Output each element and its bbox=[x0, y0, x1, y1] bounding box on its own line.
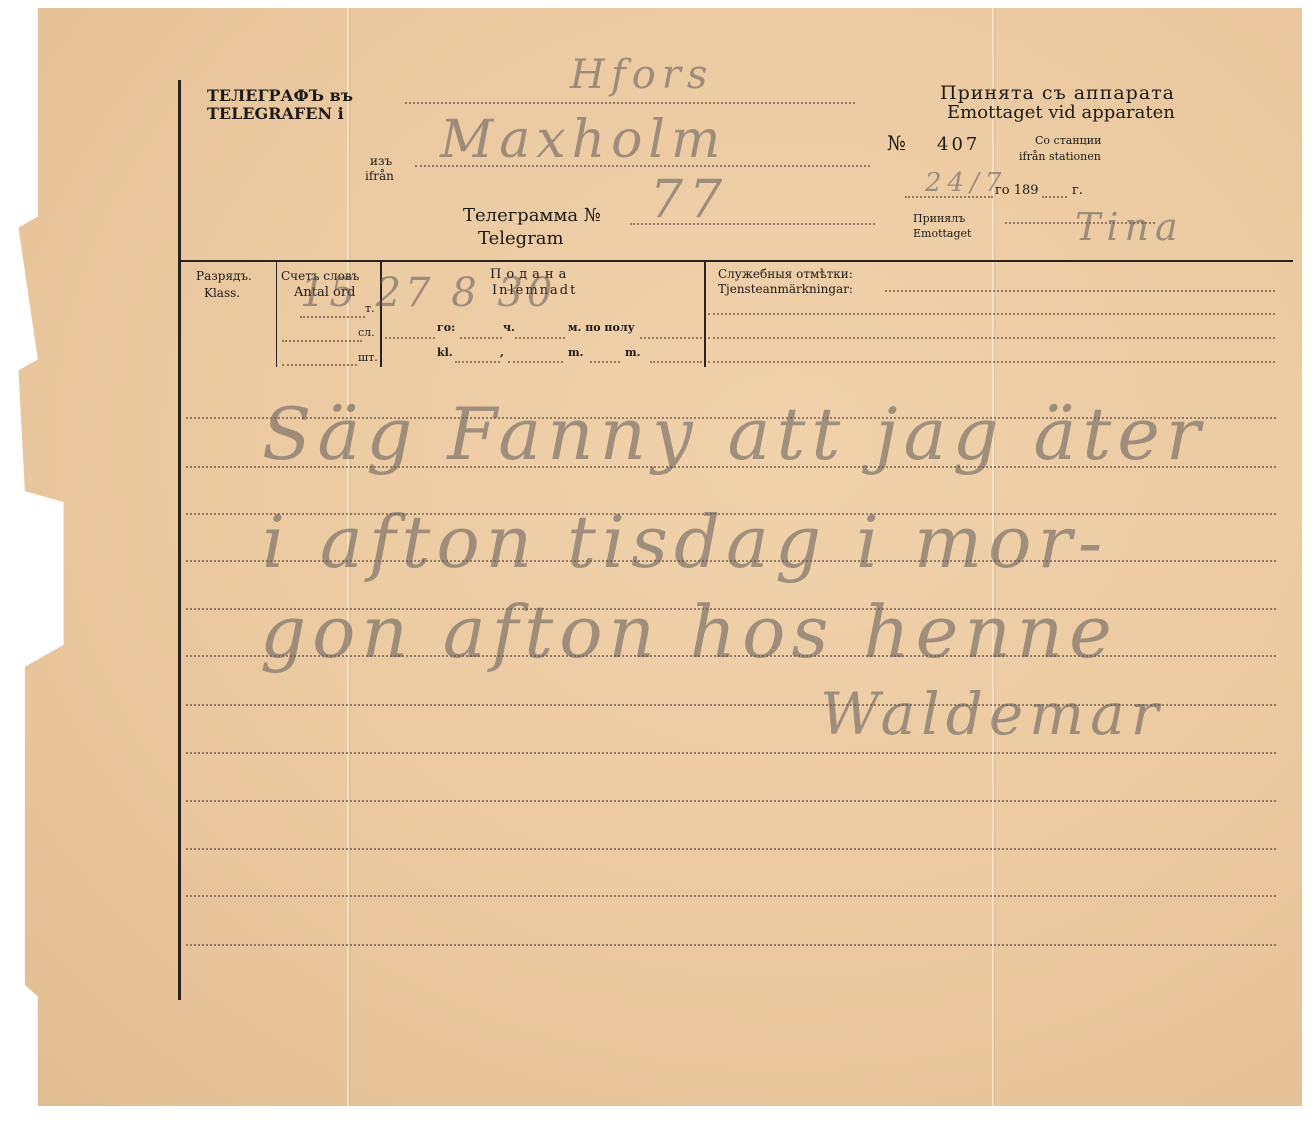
message-line bbox=[186, 752, 1276, 754]
word-count-sht-label: шт. bbox=[358, 352, 378, 364]
from-label-sv: ifrån bbox=[365, 170, 394, 183]
message-body-line-1: Säg Fanny att jag äter bbox=[262, 392, 1206, 476]
service-notes-line bbox=[708, 337, 1275, 339]
from-station-label-ru: Со станции bbox=[1035, 135, 1101, 147]
message-line bbox=[186, 848, 1276, 850]
submitted-day-label: го: bbox=[437, 322, 455, 334]
message-body-line-3: gon afton hos henne bbox=[260, 590, 1118, 674]
signature: Waldemar bbox=[820, 680, 1164, 748]
submitted-day-field bbox=[385, 337, 435, 339]
left-margin-rule bbox=[178, 80, 181, 1000]
submitted-minute-label: м. по полу bbox=[568, 322, 635, 334]
service-notes-line bbox=[885, 290, 1275, 292]
submitted-min-field bbox=[508, 361, 563, 363]
received-apparatus-label-ru: Принята съ аппарата bbox=[940, 84, 1175, 104]
received-number: 407 bbox=[937, 136, 980, 155]
submitted-m-label-2: m. bbox=[625, 347, 640, 359]
telegraph-office-label-ru: ТЕЛЕГРАФЪ въ bbox=[207, 88, 353, 105]
received-apparatus-label-sv: Emottaget vid apparaten bbox=[947, 104, 1175, 123]
message-line bbox=[186, 944, 1276, 946]
submitted-hour-label: ч. bbox=[503, 322, 515, 334]
class-label-sv: Klass. bbox=[204, 287, 240, 300]
handwritten-telegram-number: 77 bbox=[650, 170, 728, 230]
submitted-minute-field bbox=[515, 337, 565, 339]
message-line bbox=[186, 800, 1276, 802]
number-sign: № bbox=[887, 133, 906, 154]
submitted-tail-field bbox=[650, 361, 702, 363]
handwritten-submitted-values: 15 27 8 30 bbox=[300, 270, 556, 316]
word-count-sht-field bbox=[282, 364, 357, 366]
service-notes-line bbox=[708, 313, 1275, 315]
telegram-number-label-ru: Телеграмма № bbox=[463, 207, 601, 226]
handwritten-received-by: Tina bbox=[1075, 205, 1184, 249]
handwritten-destination: Hfors bbox=[570, 52, 713, 98]
accepted-by-label-ru: Принялъ bbox=[913, 213, 965, 225]
service-notes-left-rule bbox=[704, 262, 706, 367]
from-station-label-sv: ifrån stationen bbox=[1019, 151, 1101, 163]
telegraph-office-label-sv: TELEGRAFEN i bbox=[207, 106, 344, 123]
telegraph-office-field bbox=[405, 102, 855, 104]
word-count-sl-label: сл. bbox=[358, 327, 375, 339]
from-label-ru: изъ bbox=[370, 155, 392, 168]
class-label-ru: Разрядъ. bbox=[196, 270, 252, 283]
submitted-comma: , bbox=[500, 347, 504, 359]
header-divider-rule bbox=[178, 260, 1293, 262]
accepted-by-label-sv: Emottaget bbox=[913, 228, 971, 240]
service-notes-label-ru: Служебныя отмѣтки: bbox=[718, 268, 853, 281]
word-count-sl-field bbox=[282, 340, 362, 342]
date-year-suffix: г. bbox=[1072, 184, 1083, 198]
submitted-m-field bbox=[590, 361, 620, 363]
submitted-kl-label: kl. bbox=[437, 347, 453, 359]
service-notes-label-sv: Tjensteanmärkningar: bbox=[718, 283, 853, 296]
message-line bbox=[186, 895, 1276, 897]
submitted-m-label-1: m. bbox=[568, 347, 583, 359]
word-count-left-rule bbox=[276, 262, 277, 367]
date-year-field bbox=[1042, 196, 1067, 198]
handwritten-received-date: 24/7 bbox=[925, 168, 1007, 198]
submitted-kl-field bbox=[455, 361, 500, 363]
handwritten-origin: Maxholm bbox=[440, 110, 726, 170]
message-body-line-2: i afton tisdag i mor- bbox=[262, 500, 1108, 584]
service-notes-line bbox=[708, 361, 1275, 363]
submitted-hour-field bbox=[460, 337, 502, 339]
word-count-t-field bbox=[300, 316, 365, 318]
telegram-number-label-sv: Telegram bbox=[478, 230, 564, 249]
submitted-half-day-field bbox=[640, 337, 702, 339]
